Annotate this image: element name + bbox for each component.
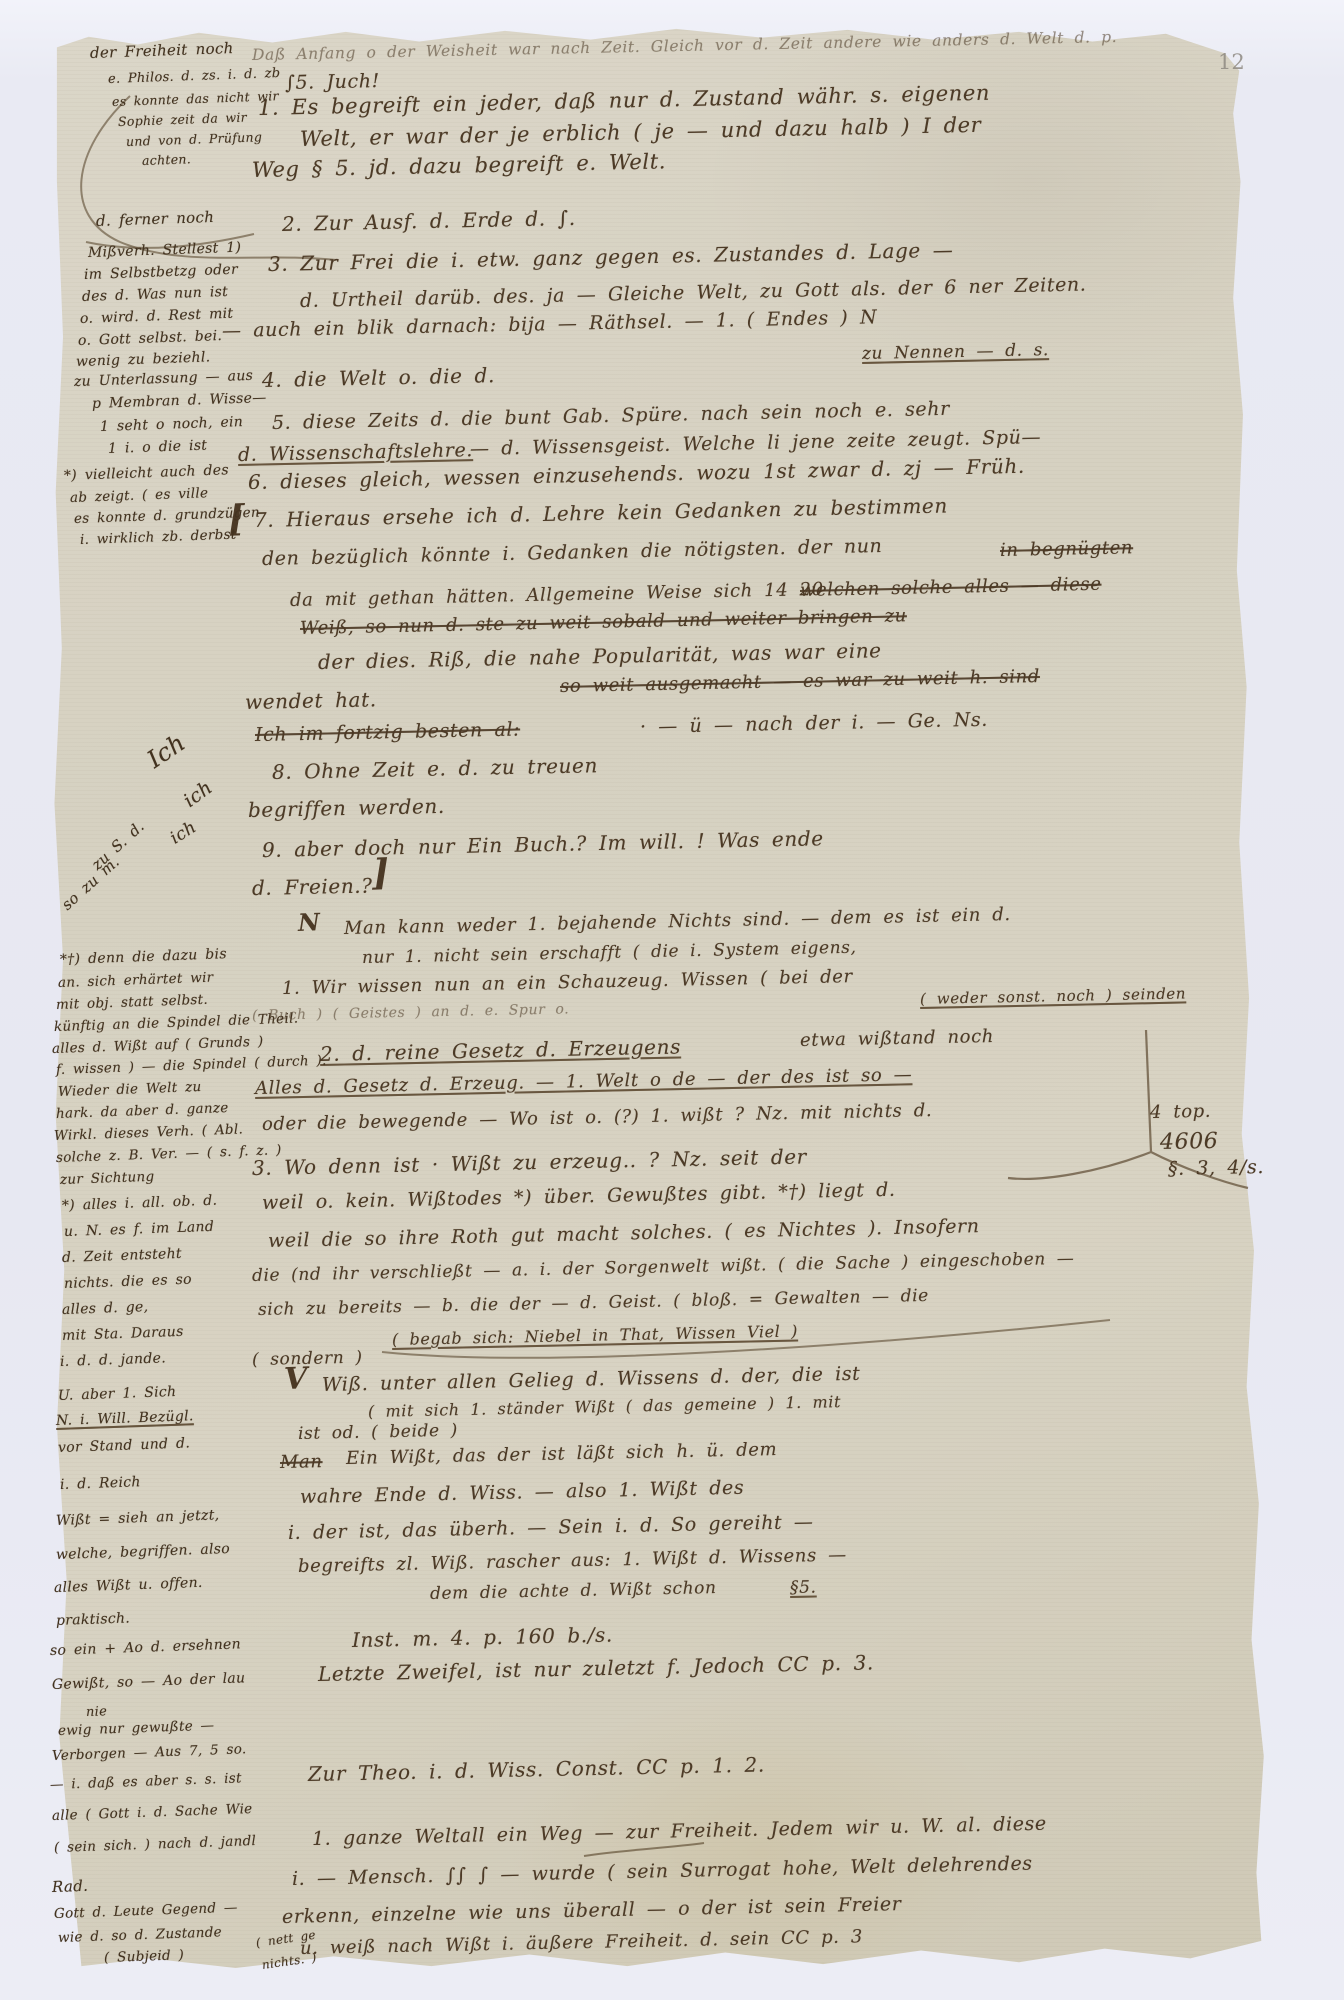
margin-number-line: 4 top. (1150, 1101, 1212, 1123)
manuscript-line: ( sondern ) (252, 1348, 363, 1370)
manuscript-line: 4. die Welt o. die d. (262, 363, 495, 392)
manuscript-line: ist od. ( beide ) (298, 1421, 458, 1444)
margin-note-line: praktisch. (56, 1610, 131, 1629)
margin-note-line: Rad. (52, 1877, 89, 1896)
margin-note-line: achten. (142, 151, 192, 168)
caret-mark: N (297, 907, 320, 937)
manuscript-scan: 12 Daß Anfang o der Weisheit war nach Ze… (0, 0, 1344, 2000)
margin-note-line: nie (86, 1704, 108, 1720)
manuscript-line: etwa wißtand noch (800, 1026, 994, 1051)
manuscript-line: in begnügten (1000, 537, 1134, 561)
page-number: 12 (1218, 50, 1245, 74)
margin-number-line: §. 3, 4/s. (1168, 1156, 1264, 1180)
manuscript-line: wendet hat. (245, 687, 377, 714)
margin-note-line: zur Sichtung (60, 1169, 155, 1188)
margin-note-line: alles d. ge, (62, 1299, 149, 1318)
manuscript-line: §5. (790, 1577, 817, 1598)
margin-number-line: 4606 (1160, 1129, 1219, 1155)
manuscript-line: d. Freien.? (252, 873, 373, 900)
margin-note-line: i. d. Reich (60, 1474, 141, 1493)
bracket-close-mark: ] (371, 851, 390, 894)
manuscript-line: ∫5. Juch! (285, 70, 380, 94)
margin-note-line: ( Subjeid ) (104, 1947, 185, 1966)
manuscript-line: begriffen werden. (248, 794, 445, 822)
manuscript-line: Man (280, 1451, 323, 1473)
vee-mark: V (283, 1361, 307, 1397)
manuscript-line: zu Nennen — d. s. (862, 340, 1049, 364)
